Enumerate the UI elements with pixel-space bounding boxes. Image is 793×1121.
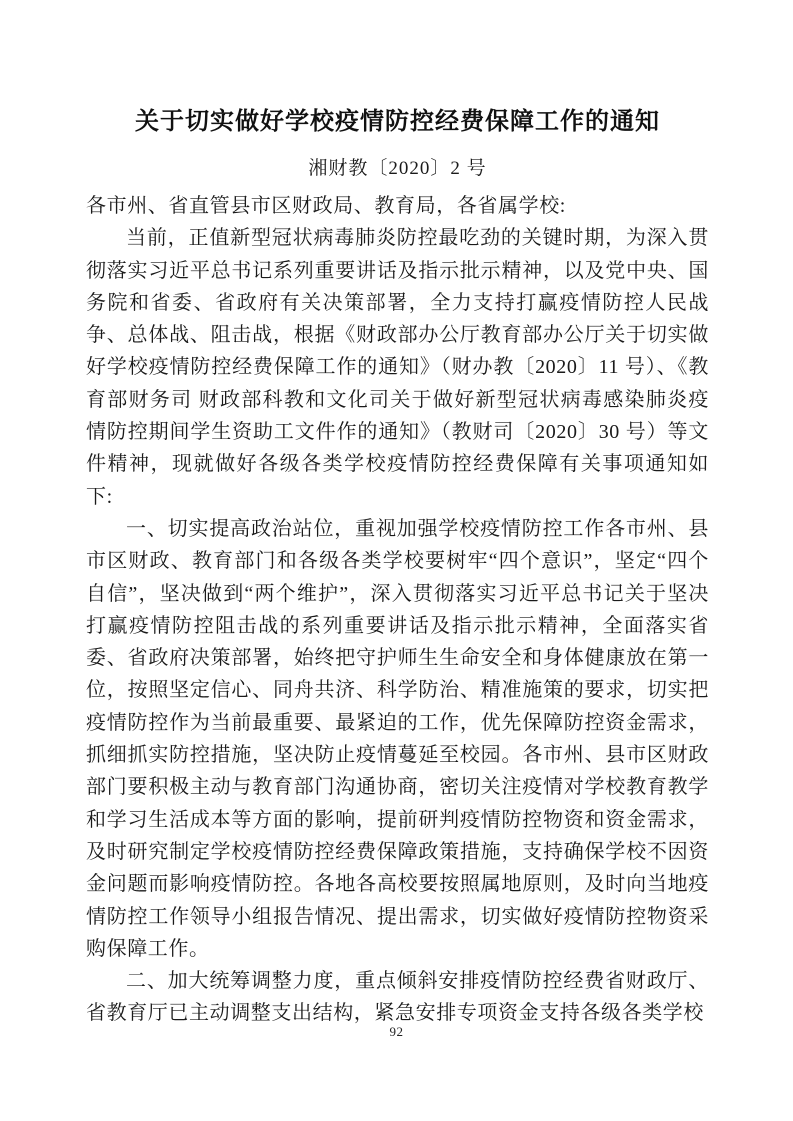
paragraph-intro: 当前，正值新型冠状病毒肺炎防控最吃劲的关键时期，为深入贯彻落实习近平总书记系列重… [86,222,709,513]
paragraph-section-two: 二、加大统筹调整力度，重点倾斜安排疫情防控经费省财政厅、省教育厅已主动调整支出结… [86,965,709,1030]
document-number: 湘财教〔2020〕2 号 [86,154,709,184]
page-number: 92 [0,1024,793,1040]
document-title: 关于切实做好学校疫情防控经费保障工作的通知 [86,106,709,138]
salutation-line: 各市州、省直管县市区财政局、教育局，各省属学校: [86,190,709,222]
paragraph-section-one: 一、切实提高政治站位，重视加强学校疫情防控工作各市州、县市区财政、教育部门和各级… [86,513,709,965]
document-page: 关于切实做好学校疫情防控经费保障工作的通知 湘财教〔2020〕2 号 各市州、省… [0,0,793,1121]
